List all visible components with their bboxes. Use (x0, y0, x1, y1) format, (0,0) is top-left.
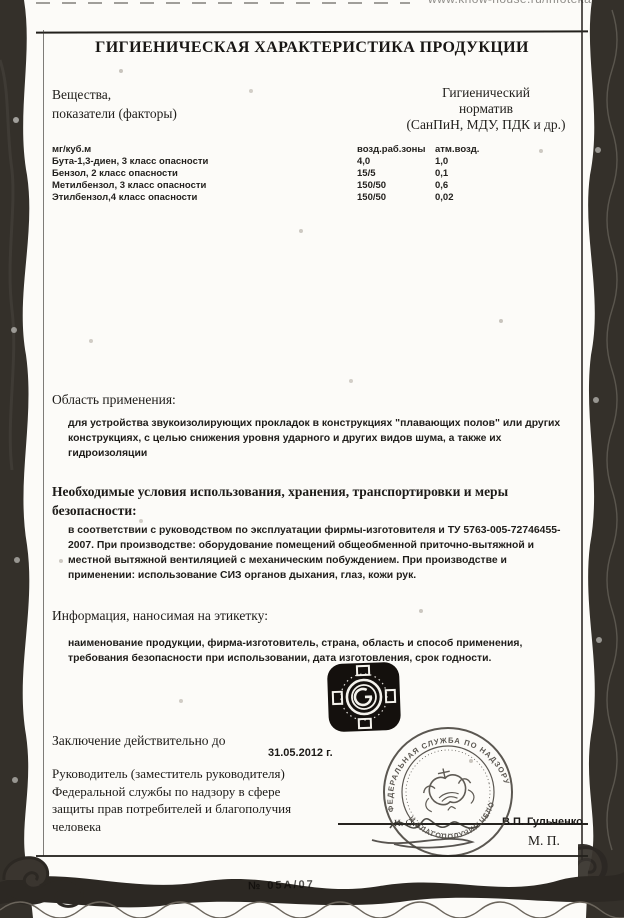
substance-v1: 150/50 (357, 192, 435, 204)
signatory-line: Федеральной службы по надзору в сфере (52, 783, 291, 801)
substance-name: Метилбензол, 3 класс опасности (52, 180, 357, 192)
substance-v1: 15/5 (357, 168, 435, 180)
header-norm: Гигиенический норматив (СанПиН, МДУ, ПДК… (372, 85, 600, 133)
ornate-border-bottom: № 05А/07 (0, 852, 624, 918)
table-row: Метилбензол, 3 класс опасности 150/50 0,… (52, 180, 577, 192)
header-substances-line2: показатели (факторы) (52, 104, 177, 123)
table-header-row: мг/куб.м возд.раб.зоны атм.возд. (52, 144, 577, 156)
table-row: Бензол, 2 класс опасности 15/5 0,1 (52, 168, 577, 180)
substance-v1: 150/50 (357, 180, 435, 192)
scan-edge-artifact (10, 2, 410, 4)
col-workzone-air: возд.раб.зоны (357, 144, 435, 156)
col-atmospheric-air: атм.возд. (435, 144, 577, 156)
section-conditions-body: в соответствии с руководством по эксплуа… (68, 523, 576, 583)
section-label-info-body: наименование продукции, фирма-изготовите… (68, 636, 540, 666)
substance-name: Этилбензол,4 класс опасности (52, 192, 357, 204)
header-substances-line1: Вещества, (52, 85, 177, 104)
substance-v1: 4,0 (357, 156, 435, 168)
substances-table: мг/куб.м возд.раб.зоны атм.возд. Бута-1,… (52, 144, 577, 204)
bottom-border-code: № 05А/07 (248, 879, 315, 893)
stamp-emblem (419, 763, 476, 814)
round-official-stamp: ФЕДЕРАЛЬНАЯ СЛУЖБА ПО НАДЗОРУ В СФЕРЕ ЗА… (378, 722, 518, 862)
ornate-border-left (0, 0, 46, 918)
table-row: Этилбензол,4 класс опасности 150/50 0,02 (52, 192, 577, 204)
signatory-line: защиты прав потребителей и благополучия (52, 800, 291, 818)
watermark-url: www.know-house.ru/infoteka (428, 0, 591, 6)
table-row: Бута-1,3-диен, 3 класс опасности 4,0 1,0 (52, 156, 577, 168)
header-substances: Вещества, показатели (факторы) (52, 85, 177, 123)
inner-frame-line-left (43, 30, 44, 856)
validity-label: Заключение действительно до (52, 733, 226, 749)
top-border-rule (36, 30, 588, 33)
validity-date: 31.05.2012 г. (268, 747, 333, 759)
page-title: ГИГИЕНИЧЕСКАЯ ХАРАКТЕРИСТИКА ПРОДУКЦИИ (0, 39, 624, 57)
substance-v2: 0,6 (435, 180, 577, 192)
header-norm-line2: норматив (372, 101, 600, 117)
signatory-line: Руководитель (заместитель руководителя) (52, 765, 291, 783)
substance-v2: 0,1 (435, 168, 577, 180)
signatory-title: Руководитель (заместитель руководителя) … (52, 765, 291, 835)
substance-name: Бута-1,3-диен, 3 класс опасности (52, 156, 357, 168)
substance-name: Бензол, 2 класс опасности (52, 168, 357, 180)
substance-v2: 0,02 (435, 192, 577, 204)
section-scope-heading: Область применения: (52, 392, 176, 408)
substance-v2: 1,0 (435, 156, 577, 168)
signatory-line: человека (52, 818, 291, 836)
section-conditions-heading: Необходимые условия использования, хране… (52, 482, 572, 520)
header-norm-line3: (СанПиН, МДУ, ПДК и др.) (372, 117, 600, 133)
section-scope-body: для устройства звукоизолирующих прокладо… (68, 416, 566, 461)
scanned-certificate-page: www.know-house.ru/infoteka ГИГИЕНИЧЕСКАЯ… (0, 0, 624, 918)
ornate-border-right (578, 0, 624, 918)
seal-place-label: М. П. (528, 833, 560, 849)
section-label-info-heading: Информация, наносимая на этикетку: (52, 608, 268, 624)
unit-label: мг/куб.м (52, 144, 357, 156)
header-norm-line1: Гигиенический (372, 85, 600, 101)
